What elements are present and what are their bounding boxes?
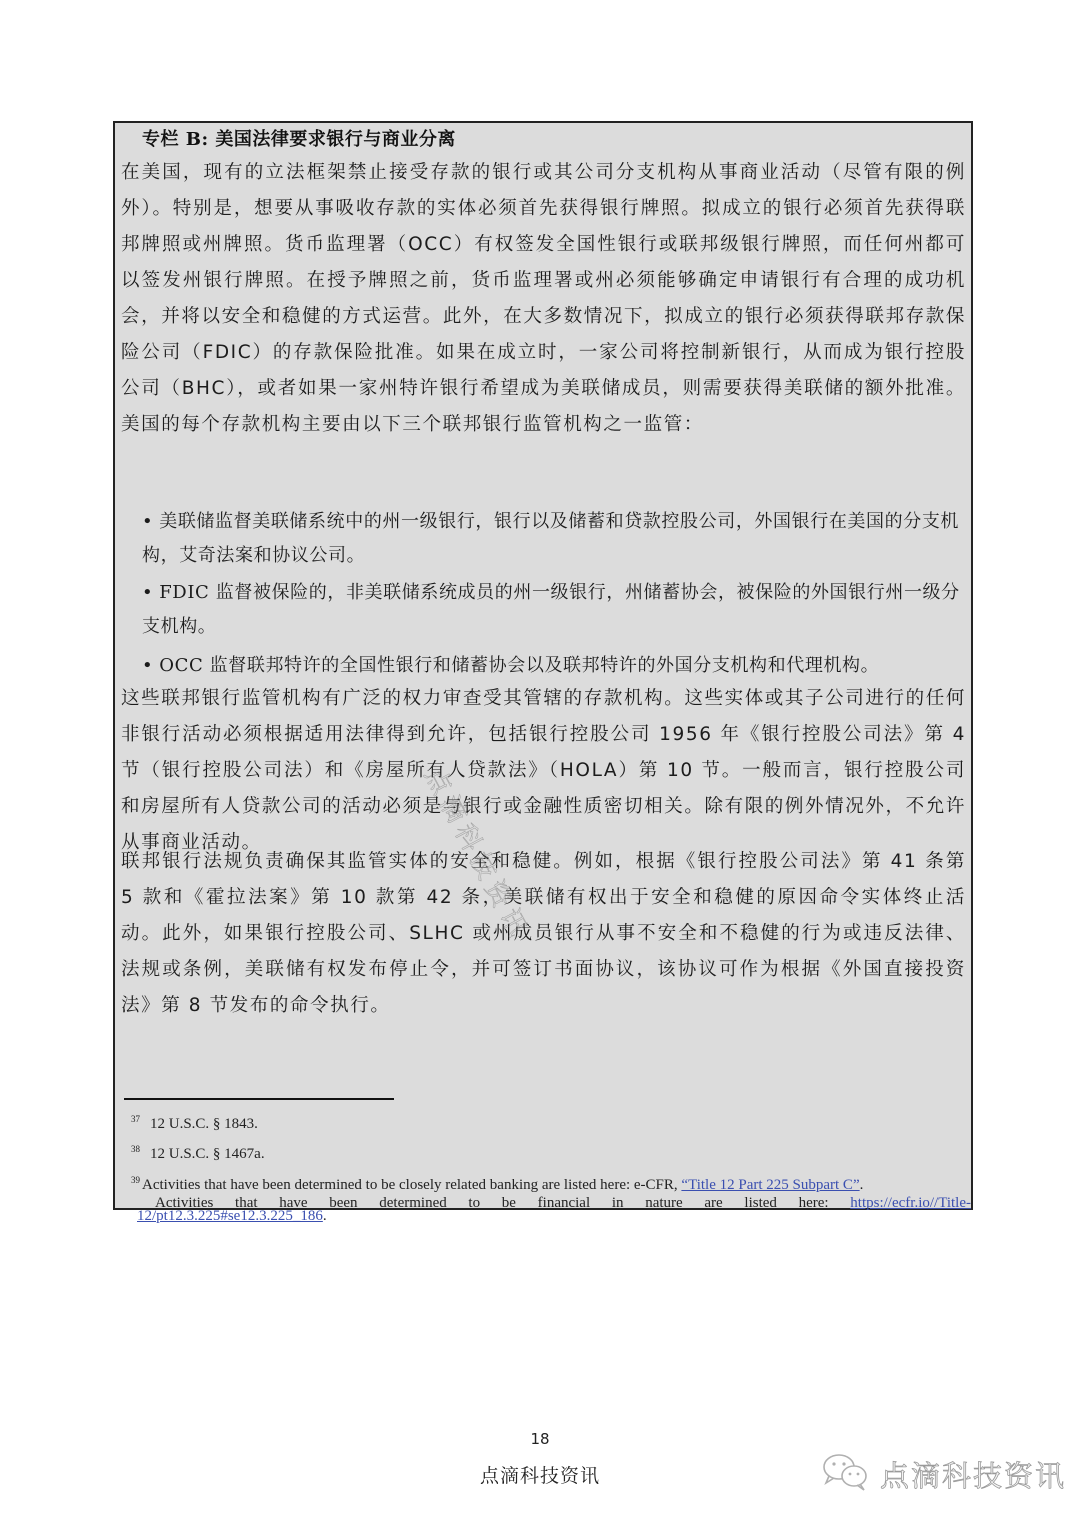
footnote-39: 39Activities that have been determined t… [131,1171,971,1212]
footnote-37: 3712 U.S.C. § 1843. [131,1110,258,1133]
bullet-text: OCC 监督联邦特许的全国性银行和储蓄协会以及联邦特许的外国分支机构和代理机构。 [159,655,879,676]
wechat-account-name: 点滴科技资讯 [880,1454,1066,1495]
paragraph-safety-soundness: 联邦银行法规负责确保其监管实体的安全和稳健。例如，根据《银行控股公司法》第 41… [121,844,966,1024]
footnote-number: 38 [131,1144,140,1154]
wechat-icon [820,1452,872,1496]
bullet-text: FDIC 监督被保险的，非美联储系统成员的州一级银行，州储蓄协会，被保险的外国银… [142,582,960,637]
sidebar-box-b: 专栏 B: 美国法律要求银行与商业分离 在美国，现有的立法框架禁止接受存款的银行… [113,121,973,1210]
bullet-marker: • [142,511,153,532]
footnote-38: 3812 U.S.C. § 1467a. [131,1140,265,1163]
bullet-marker: • [142,655,153,676]
footnote-punctuation: . [860,1177,864,1193]
paragraph-intro: 在美国，现有的立法框架禁止接受存款的银行或其公司分支机构从事商业活动（尽管有限的… [121,155,966,443]
bullet-text: 美联储监督美联储系统中的州一级银行，银行以及储蓄和贷款控股公司，外国银行在美国的… [142,511,959,566]
paragraph-regulators-powers: 这些联邦银行监管机构有广泛的权力审查受其管辖的存款机构。这些实体或其子公司进行的… [121,681,966,861]
ecfr-io-link[interactable]: https://ecfr.io//Title- [850,1195,971,1211]
footnote-text: 12 U.S.C. § 1467a. [150,1146,265,1162]
ecfr-io-link-continued[interactable]: 12/pt12.3.225#se12.3.225_186 [137,1208,323,1224]
bullet-item-fdic: •FDIC 监督被保险的，非美联储系统成员的州一级银行，州储蓄协会，被保险的外国… [142,576,962,644]
box-title: 专栏 B: 美国法律要求银行与商业分离 [142,127,456,153]
footnote-number: 37 [131,1114,140,1124]
footnote-text: Activities that have been determined to … [142,1177,681,1193]
footnote-text: 12 U.S.C. § 1843. [150,1116,258,1132]
bullet-item-fed: •美联储监督美联储系统中的州一级银行，银行以及储蓄和贷款控股公司，外国银行在美国… [142,505,962,573]
footnote-39-overflow: 12/pt12.3.225#se12.3.225_186. [137,1207,327,1225]
ecfr-subpart-c-link[interactable]: “Title 12 Part 225 Subpart C” [681,1177,859,1193]
page-number: 18 [0,1430,1080,1448]
wechat-watermark: 点滴科技资讯 [820,1452,1066,1496]
footnote-separator [124,1098,394,1100]
footnote-punctuation: . [323,1208,327,1224]
footnote-number: 39 [131,1175,140,1185]
bullet-item-occ: •OCC 监督联邦特许的全国性银行和储蓄协会以及联邦特许的外国分支机构和代理机构… [142,649,962,683]
bullet-marker: • [142,582,153,603]
